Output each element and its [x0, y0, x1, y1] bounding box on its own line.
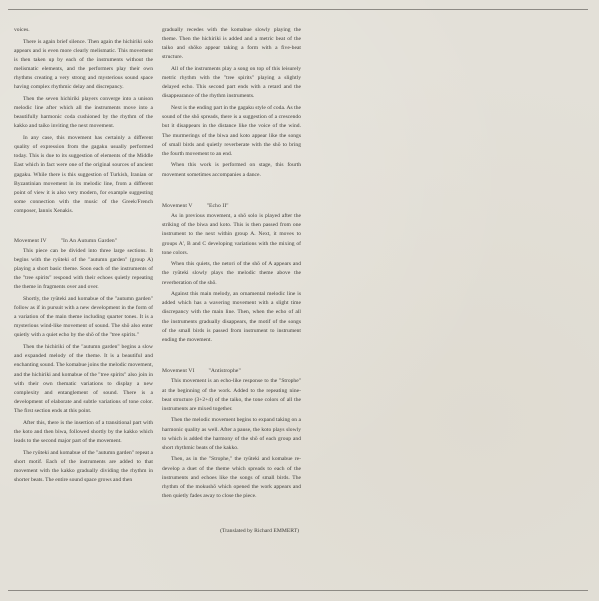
movement-title: "In An Autumn Garden"	[61, 238, 118, 244]
paragraph: In any case, this movement has certainly…	[14, 134, 153, 216]
paragraph: There is again brief silence. Then again…	[14, 38, 153, 93]
paragraph: gradually recedes with the komabue slowl…	[162, 26, 301, 63]
paragraph: Then the melodic movement begins to expa…	[162, 416, 301, 453]
paragraph: When this quiets, the netori of the shō …	[162, 260, 301, 287]
left-column: voices. There is again brief silence. Th…	[14, 26, 153, 488]
translator-credit: (Translated by Richard EMMERT)	[162, 527, 301, 536]
movement-vi-heading: Movement VI"Antistrophe"	[162, 367, 301, 376]
top-rule	[8, 9, 588, 10]
paragraph: Against this main melody, an ornamental …	[162, 290, 301, 345]
movement-label: Movement V	[162, 203, 193, 209]
paragraph: Then the seven hichiriki players converg…	[14, 95, 153, 132]
paragraph: All of the instruments play a song on to…	[162, 65, 301, 102]
paragraph: Next is the ending part in the gagaku st…	[162, 104, 301, 159]
right-column: gradually recedes with the komabue slowl…	[162, 26, 301, 536]
movement-title: "Antistrophe"	[209, 368, 241, 374]
scanned-page: voices. There is again brief silence. Th…	[0, 0, 599, 601]
paragraph: Shortly, the ryūteki and komabue of the …	[14, 295, 153, 341]
paragraph: This piece can be divided into three lar…	[14, 247, 153, 293]
paragraph: After this, there is the insertion of a …	[14, 419, 153, 446]
paragraph: voices.	[14, 26, 153, 35]
paragraph: Then, as in the "Strophe," the ryūteki a…	[162, 455, 301, 501]
movement-v-heading: Movement V"Echo II"	[162, 202, 301, 211]
movement-iv-heading: Movement IV"In An Autumn Garden"	[14, 237, 153, 246]
movement-label: Movement VI	[162, 368, 195, 374]
paragraph: When this work is performed on stage, th…	[162, 161, 301, 179]
paragraph: Then the hichiriki of the "autumn garden…	[14, 343, 153, 416]
paragraph: As in previous movement, a shō solo is p…	[162, 212, 301, 258]
movement-title: "Echo II"	[207, 203, 229, 209]
paragraph: This movement is an echo-like response t…	[162, 377, 301, 414]
bottom-rule	[8, 590, 588, 591]
paragraph: The ryūteki and komabue of the "autumn g…	[14, 449, 153, 486]
movement-label: Movement IV	[14, 238, 47, 244]
